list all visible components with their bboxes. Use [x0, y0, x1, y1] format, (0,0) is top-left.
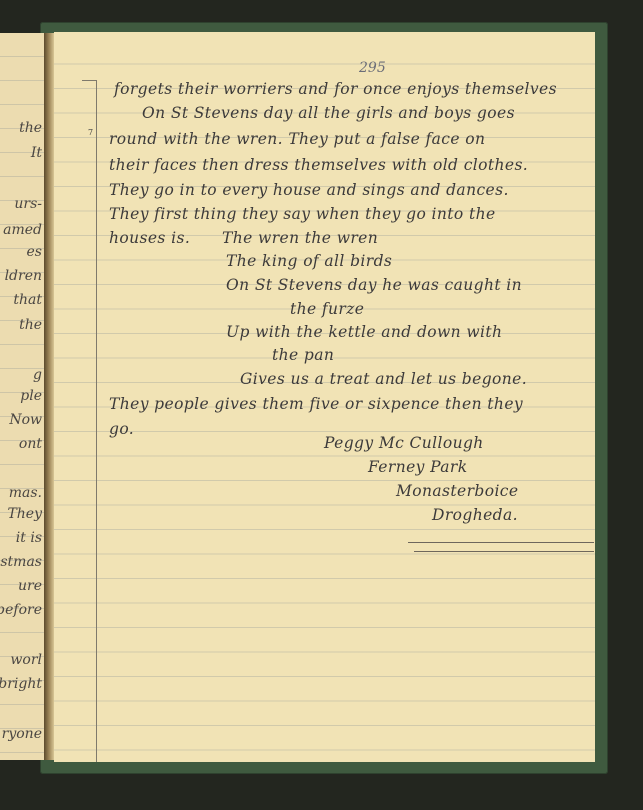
body-text-line: houses is.: [109, 229, 190, 247]
rhyme-line: Gives us a treat and let us begone.: [240, 370, 527, 388]
signature-address-1: Ferney Park: [368, 458, 468, 476]
signature-name: Peggy Mc Cullough: [324, 434, 484, 452]
margin-line: [96, 80, 97, 762]
signature-address-2: Monasterboice: [396, 482, 518, 500]
body-text-line: They first thing they say when they go i…: [109, 205, 496, 223]
closing-text-line: go.: [109, 420, 134, 438]
signature-underline-2: [414, 551, 594, 552]
rhyme-line: On St Stevens day he was caught in: [226, 276, 522, 294]
left-page-fragment: Now: [9, 412, 42, 428]
left-page-fragment: amed: [3, 222, 42, 238]
margin-tick: [82, 80, 96, 81]
body-text-line: forgets their worriers and for once enjo…: [114, 80, 557, 98]
left-page-fragment: It: [31, 145, 42, 161]
left-page-fragment: ldren: [5, 268, 42, 284]
rhyme-line: Up with the kettle and down with: [226, 323, 502, 341]
rhyme-line: the pan: [272, 346, 334, 364]
left-page-fragment: ple: [20, 388, 42, 404]
rhyme-line: The wren the wren: [222, 229, 378, 247]
left-page-fragment: ryone: [2, 726, 42, 742]
left-page-fragment: that: [13, 292, 42, 308]
margin-mark: 7: [88, 128, 93, 137]
left-page-fragment: g: [33, 367, 42, 383]
rhyme-line: The king of all birds: [226, 252, 392, 270]
right-page: 295 7 Peggy Mc Cullough Ferney Park Mona…: [54, 32, 595, 762]
left-page-fragment: mas.: [9, 485, 42, 501]
left-page-fragment: They: [7, 506, 42, 522]
left-page-fragment: the: [19, 120, 42, 136]
body-text-line: their faces then dress themselves with o…: [109, 156, 528, 174]
signature-address-3: Drogheda.: [432, 506, 518, 524]
closing-text-line: They people gives them five or sixpence …: [109, 395, 523, 413]
left-page-fragment: bright: [0, 676, 42, 692]
left-page-fragment: ure: [18, 578, 42, 594]
left-page-fragment: before: [0, 602, 42, 618]
book-gutter: [44, 33, 54, 760]
signature-underline-1: [408, 542, 594, 543]
left-page-fragment: it is: [16, 530, 42, 546]
body-text-line: They go in to every house and sings and …: [109, 181, 509, 199]
left-page-fragment: the: [19, 317, 42, 333]
body-text-line: round with the wren. They put a false fa…: [109, 130, 485, 148]
left-page-fragment: worl: [10, 652, 42, 668]
left-page-fragment: ont: [19, 436, 42, 452]
page-number: 295: [359, 60, 386, 76]
left-page-fragment: es: [27, 244, 42, 260]
body-text-line: On St Stevens day all the girls and boys…: [142, 104, 515, 122]
left-page-fragment: urs-: [14, 196, 42, 212]
left-page: theIturs-amedesldrenthatthegpleNowontmas…: [0, 33, 46, 760]
left-page-fragment: stmas: [0, 554, 42, 570]
rhyme-line: the furze: [290, 300, 364, 318]
